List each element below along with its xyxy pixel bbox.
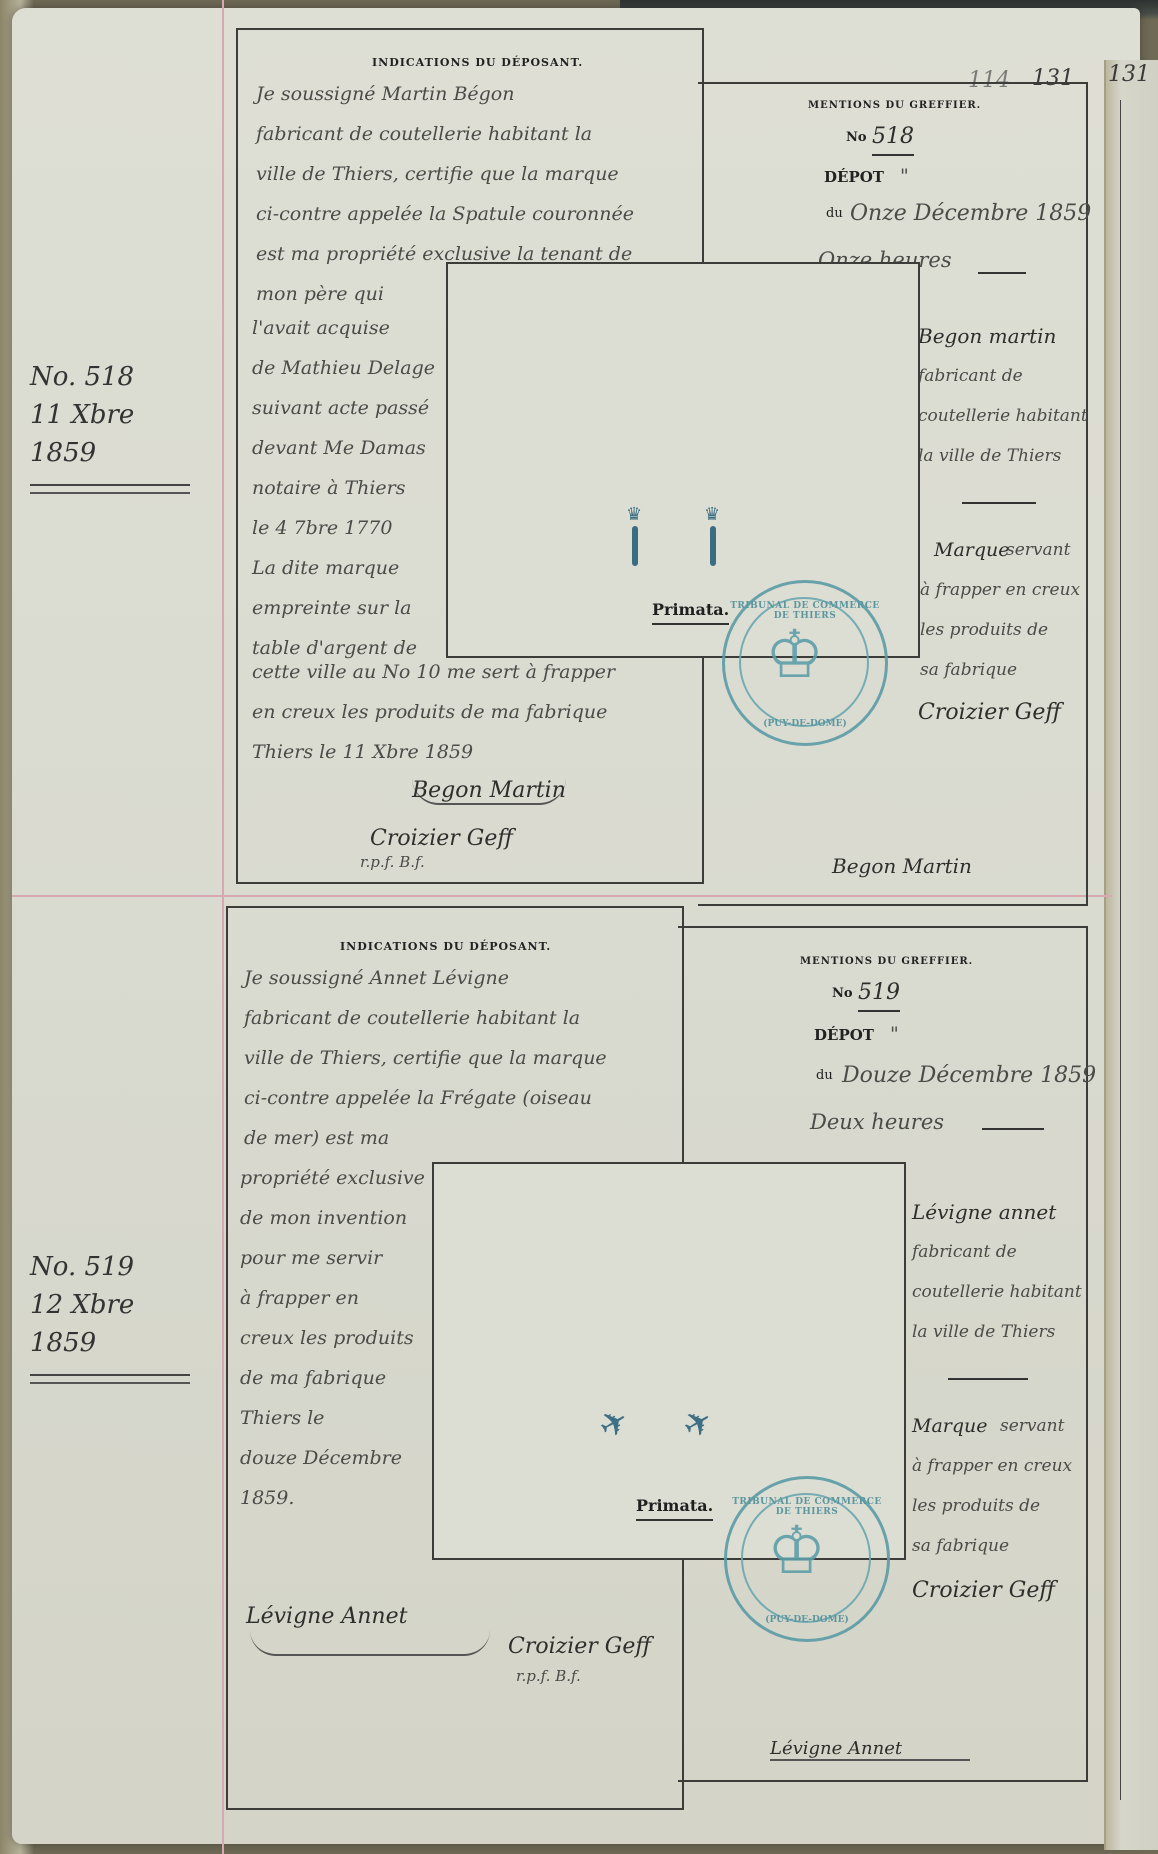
margin-note-518: No. 518 11 Xbre 1859	[30, 358, 200, 494]
number-label: No	[832, 986, 853, 1001]
greffier-footer-signature: Begon Martin	[832, 854, 972, 878]
bird-icon: ✈	[676, 1400, 721, 1449]
greffier-header: MENTIONS DU GREFFIER.	[800, 956, 973, 967]
clerk-signature: Croizier Geff	[370, 826, 513, 851]
greffier-clerk-signature: Croizier Geff	[912, 1578, 1055, 1603]
margin-entry-number: No. 519	[30, 1248, 200, 1286]
divider	[982, 1128, 1044, 1130]
margin-double-rule	[30, 484, 190, 494]
deposit-number: 518	[872, 120, 914, 156]
mark-label: Primata.	[652, 600, 729, 625]
margin-rule-vertical	[222, 0, 224, 1854]
greffier-header: MENTIONS DU GREFFIER.	[808, 100, 981, 111]
stamp-bottom-text: (PUY-DE-DOME)	[727, 1615, 887, 1625]
bird-icon: ✈	[592, 1400, 637, 1449]
divider	[948, 1378, 1028, 1380]
crown-icon: ♛	[626, 504, 642, 525]
deposant-header: INDICATIONS DU DÉPOSANT.	[372, 56, 583, 69]
eagle-icon: ♔	[765, 615, 824, 695]
eagle-icon: ♔	[767, 1511, 826, 1591]
clerk-signature: Croizier Geff	[508, 1634, 651, 1659]
margin-note-519: No. 519 12 Xbre 1859	[30, 1248, 200, 1384]
signature-flourish	[250, 1630, 490, 1656]
depot-label: DÉPOT	[824, 168, 884, 186]
stamp-bottom-text: (PUY-DE-DOME)	[725, 719, 885, 729]
mark-label: Primata.	[636, 1496, 713, 1521]
margin-entry-date: 12 Xbre 1859	[30, 1286, 200, 1362]
deposant-header: INDICATIONS DU DÉPOSANT.	[340, 940, 551, 953]
spatula-icon	[710, 526, 716, 566]
date-label: du	[826, 206, 843, 221]
number-label: No	[846, 130, 867, 145]
deposit-number: 519	[858, 976, 900, 1012]
greffier-clerk-signature: Croizier Geff	[918, 700, 1061, 725]
clerk-signature-sub: r.p.f. B.f.	[516, 1666, 581, 1686]
deposant-text-left: l'avait acquise de Mathieu Delage suivan…	[252, 308, 452, 668]
depot-label: DÉPOT	[814, 1026, 874, 1044]
greffier-deposant-name: Begon martin	[918, 316, 1056, 356]
deposant-signature: Lévigne Annet	[246, 1604, 407, 1629]
divider	[978, 272, 1026, 274]
tribunal-stamp-518: TRIBUNAL DE COMMERCE DE THIERS ♔ (PUY-DE…	[722, 580, 888, 746]
deposant-text-bottom: cette ville au No 10 me sert à frapper e…	[252, 652, 692, 772]
deposant-text-top: Je soussigné Annet Lévigne fabricant de …	[244, 958, 674, 1158]
divider	[962, 502, 1036, 504]
greffier-footer-signature: Lévigne Annet	[770, 1738, 970, 1761]
marque-desc: servant à frapper en creux les produits …	[920, 530, 1090, 690]
date-label: du	[816, 1068, 833, 1083]
greffier-deposant-name: Lévigne annet	[912, 1192, 1056, 1232]
deposit-date: Onze Décembre 1859	[850, 194, 1091, 234]
spatula-icon	[632, 526, 638, 566]
margin-double-rule	[30, 1374, 190, 1384]
crown-icon: ♛	[704, 504, 720, 525]
clerk-signature-sub: r.p.f. B.f.	[360, 852, 425, 872]
deposant-signature: Begon Martin	[412, 778, 566, 805]
margin-entry-date: 11 Xbre 1859	[30, 396, 200, 472]
tribunal-stamp-519: TRIBUNAL DE COMMERCE DE THIERS ♔ (PUY-DE…	[724, 1476, 890, 1642]
deposit-date: Douze Décembre 1859	[842, 1056, 1096, 1096]
greffier-deposant-desc: fabricant de coutellerie habitant la vil…	[912, 1232, 1082, 1352]
page-number-next: 131	[1108, 62, 1150, 87]
next-page-edge	[1104, 60, 1158, 1850]
greffier-deposant-desc: fabricant de coutellerie habitant la vil…	[918, 356, 1088, 476]
deposant-text-left: propriété exclusive de mon invention pou…	[240, 1158, 430, 1518]
depot-mark: "	[900, 156, 909, 196]
marque-desc: servant à frapper en creux les produits …	[912, 1406, 1082, 1566]
depot-mark: "	[890, 1014, 899, 1054]
deposit-time: Deux heures	[810, 1102, 944, 1142]
margin-entry-number: No. 518	[30, 358, 200, 396]
